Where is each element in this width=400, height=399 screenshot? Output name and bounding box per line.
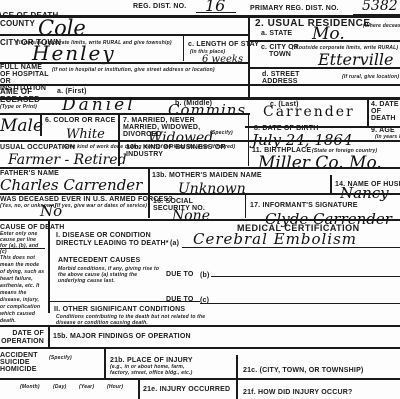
business-label: 10b. KIND OF BUSINESS OR INDUSTRY bbox=[126, 144, 246, 158]
month-label: (Month) bbox=[20, 384, 40, 390]
divider bbox=[48, 221, 50, 313]
last-name-value: Carrender bbox=[263, 104, 355, 120]
divider bbox=[148, 168, 150, 196]
line-c bbox=[200, 303, 400, 304]
marital-note: (Specify) bbox=[210, 130, 233, 136]
hospital-note: (If not in hospital or institution, give… bbox=[52, 67, 215, 73]
divider bbox=[0, 325, 400, 327]
place-of-injury-note: (e.g., in or about home, farm, factory, … bbox=[110, 364, 205, 376]
divider bbox=[138, 380, 140, 399]
hour-label: (Hour) bbox=[107, 384, 123, 390]
year-label: (Year) bbox=[79, 384, 94, 390]
injury-occurred-label: 21e. INJURY OCCURRED bbox=[143, 386, 230, 393]
name-note: (Type or Print) bbox=[0, 104, 37, 110]
divider bbox=[367, 98, 369, 128]
divider bbox=[0, 193, 400, 195]
county-value: Cole bbox=[38, 16, 86, 40]
line-a-label: (a) bbox=[170, 240, 179, 247]
divider bbox=[245, 194, 246, 218]
day-label: (Day) bbox=[53, 384, 67, 390]
state-label: a. STATE bbox=[261, 30, 292, 37]
cause-side-note: This does not mean the mode of dying, su… bbox=[0, 255, 45, 325]
reg-dist-label: REG. DIST. NO. bbox=[133, 3, 186, 10]
armed-forces-value: No bbox=[40, 202, 62, 220]
due-to-label: DUE TO bbox=[166, 271, 194, 278]
primary-reg-value: 5382 bbox=[362, 0, 398, 14]
how-injury-label: 21f. HOW DID INJURY OCCUR? bbox=[243, 389, 352, 396]
color-race-label: 6. COLOR OR RACE bbox=[45, 117, 115, 124]
divider bbox=[0, 113, 250, 115]
antecedent-causes-label: ANTECEDENT CAUSES bbox=[58, 257, 140, 264]
divider bbox=[0, 34, 248, 36]
line-b-label: (b) bbox=[200, 272, 210, 279]
first-name-value: Daniel bbox=[62, 95, 136, 115]
county-label: COUNTY bbox=[0, 20, 35, 28]
divider bbox=[0, 219, 400, 221]
death-certificate: REG. DIST. NO. 16 PRIMARY REG. DIST. NO.… bbox=[0, 0, 400, 399]
disease-value: Cerebral Embolism bbox=[193, 230, 357, 248]
divider bbox=[236, 355, 238, 399]
cause-note: Enter only one cause per line for (a), (… bbox=[0, 231, 44, 255]
injury-city-label: 21c. (CITY, TOWN, OR TOWNSHIP) bbox=[243, 367, 363, 374]
divider bbox=[183, 35, 184, 61]
divider bbox=[104, 348, 106, 379]
divider bbox=[0, 84, 400, 86]
antecedent-note: Morbid conditions, if any, giving rise t… bbox=[58, 266, 163, 284]
divider bbox=[0, 140, 400, 142]
mother-maiden-label: 13b. MOTHER'S MAIDEN NAME bbox=[152, 172, 262, 179]
informant-label: 17. INFORMANT'S SIGNATURE bbox=[250, 202, 358, 209]
occupation-value: Farmer - Retired bbox=[8, 152, 127, 168]
divider bbox=[48, 326, 50, 348]
father-name-value: Charles Carrender bbox=[0, 176, 142, 194]
age-label: 9. AGE bbox=[371, 127, 395, 134]
disease-condition-label: I. DISEASE OR CONDITION DIRECTLY LEADING… bbox=[56, 232, 181, 248]
armed-forces-note-2: (If yes, give war or dates of service) bbox=[55, 203, 147, 209]
divider bbox=[0, 248, 45, 249]
date-of-operation-label: DATE OF OPERATION bbox=[0, 330, 44, 346]
reg-dist-value: 16 bbox=[205, 0, 225, 15]
street-address-note: (If rural, give location) bbox=[342, 74, 399, 80]
divider bbox=[0, 347, 400, 349]
other-conditions-label: II. OTHER SIGNIFICANT CONDITIONS bbox=[54, 306, 185, 313]
divider bbox=[330, 175, 332, 195]
major-findings-label: 15b. MAJOR FINDINGS OF OPERATION bbox=[53, 333, 191, 340]
length-of-stay-label: c. LENGTH OF STAY bbox=[188, 41, 259, 48]
divider bbox=[0, 378, 400, 380]
accident-label: ACCIDENT SUICIDE HOMICIDE bbox=[0, 352, 30, 373]
first-name-label: a. (First) bbox=[57, 88, 87, 95]
cause-of-death-label: CAUSE OF DEATH bbox=[0, 224, 65, 231]
place-of-injury-label: 21b. PLACE OF INJURY bbox=[110, 357, 193, 364]
line-b bbox=[211, 276, 400, 277]
ssn-value: None bbox=[172, 208, 210, 224]
specify-label: (Specify) bbox=[49, 355, 72, 361]
divider bbox=[0, 167, 400, 169]
divider bbox=[48, 301, 200, 302]
primary-reg-label: PRIMARY REG. DIST. NO. bbox=[250, 5, 339, 12]
divider bbox=[250, 67, 400, 69]
divider bbox=[148, 194, 150, 218]
street-address-label: d. STREET ADDRESS bbox=[262, 71, 302, 85]
divider bbox=[248, 15, 250, 99]
divider bbox=[250, 40, 400, 42]
divider bbox=[40, 114, 42, 136]
birthplace-value: Miller Co. Mo. bbox=[258, 153, 382, 173]
name-of-deceased-label: NAME OF DECEASED bbox=[0, 88, 36, 104]
date-of-death-label: 4. DATE OF DEATH bbox=[371, 101, 400, 122]
usual-residence-note: (Where deceased lived) bbox=[363, 23, 400, 29]
armed-forces-label: WAS DECEASED EVER IN U.S. ARMED FORCES? bbox=[0, 196, 173, 203]
sex-value: Male bbox=[0, 116, 43, 136]
